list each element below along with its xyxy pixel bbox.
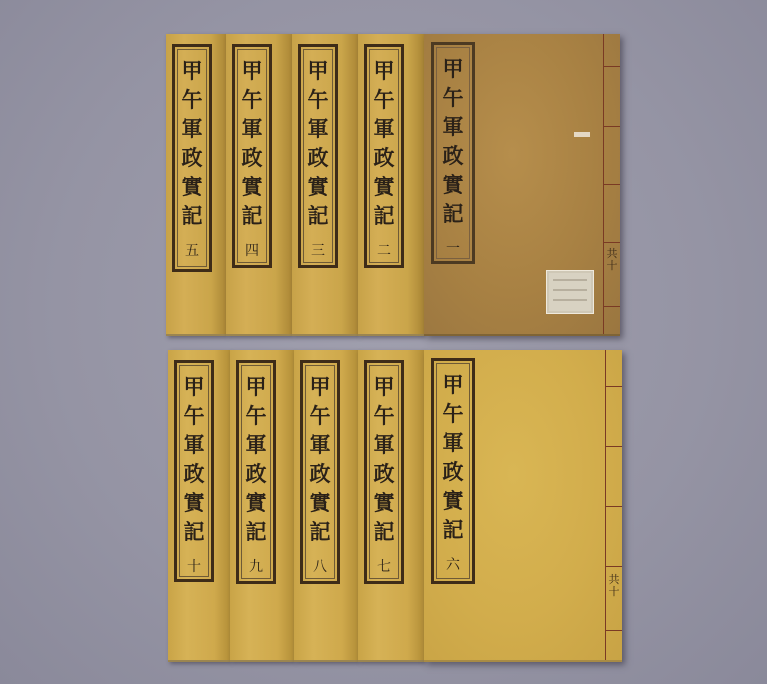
title-char: 午 <box>310 401 331 430</box>
binding-edge <box>605 350 622 660</box>
stitch <box>604 242 620 243</box>
title-slip: 甲 午 軍 政 實 記 七 <box>364 360 404 584</box>
title-char: 實 <box>374 172 395 201</box>
book-volume-8: 甲 午 軍 政 實 記 八 <box>294 350 358 662</box>
paper-label <box>546 270 594 314</box>
title-char: 甲 <box>374 56 395 85</box>
title-slip: 甲 午 軍 政 實 記 六 <box>431 358 475 584</box>
title-char: 甲 <box>443 370 464 399</box>
volume-number: 二 <box>377 240 391 260</box>
title-char: 實 <box>184 488 205 517</box>
title-char: 政 <box>374 459 395 488</box>
book-volume-6-cover: 甲 午 軍 政 實 記 六 共 十 <box>424 350 622 662</box>
title-slip: 甲 午 軍 政 實 記 十 <box>174 360 214 582</box>
title-char: 甲 <box>443 54 464 83</box>
title-slip: 甲 午 軍 政 實 記 四 <box>232 44 272 268</box>
book-volume-10: 甲 午 軍 政 實 記 十 <box>168 350 230 662</box>
title-char: 軍 <box>374 114 395 143</box>
title-slip: 甲 午 軍 政 實 記 一 <box>431 42 475 264</box>
title-char: 政 <box>310 459 331 488</box>
title-char: 記 <box>242 201 263 230</box>
volume-number: 十 <box>187 556 201 576</box>
title-char: 政 <box>184 459 205 488</box>
title-char: 甲 <box>246 372 267 401</box>
book-volume-2: 甲 午 軍 政 實 記 二 <box>358 34 424 336</box>
title-char: 記 <box>443 515 464 544</box>
title-char: 記 <box>182 201 203 230</box>
title-char: 甲 <box>374 372 395 401</box>
title-char: 午 <box>374 85 395 114</box>
title-char: 實 <box>242 172 263 201</box>
volume-number: 五 <box>185 240 199 260</box>
title-char: 軍 <box>310 430 331 459</box>
title-char: 政 <box>242 143 263 172</box>
volume-number: 八 <box>313 556 327 576</box>
title-char: 甲 <box>184 372 205 401</box>
title-slip: 甲 午 軍 政 實 記 八 <box>300 360 340 584</box>
book-volume-5: 甲 午 軍 政 實 記 五 <box>166 34 226 336</box>
volume-number: 一 <box>446 238 460 258</box>
title-char: 記 <box>310 517 331 546</box>
title-char: 軍 <box>443 112 464 141</box>
title-slip: 甲 午 軍 政 實 記 二 <box>364 44 404 268</box>
title-char: 午 <box>182 85 203 114</box>
title-char: 政 <box>246 459 267 488</box>
stitch <box>604 66 620 67</box>
book-volume-7: 甲 午 軍 政 實 記 七 <box>358 350 424 662</box>
title-char: 記 <box>374 201 395 230</box>
stitch <box>606 566 622 567</box>
title-char: 午 <box>374 401 395 430</box>
title-char: 軍 <box>374 430 395 459</box>
title-slip: 甲 午 軍 政 實 記 五 <box>172 44 212 272</box>
title-char: 午 <box>246 401 267 430</box>
title-char: 記 <box>184 517 205 546</box>
volume-number: 七 <box>377 556 391 576</box>
title-char: 午 <box>242 85 263 114</box>
stitch <box>606 630 622 631</box>
title-char: 軍 <box>443 428 464 457</box>
stitch <box>604 126 620 127</box>
title-char: 政 <box>182 143 203 172</box>
title-char: 實 <box>443 170 464 199</box>
book-volume-3: 甲 午 軍 政 實 記 三 <box>292 34 358 336</box>
title-char: 記 <box>443 199 464 228</box>
title-char: 實 <box>246 488 267 517</box>
volume-number: 九 <box>249 556 263 576</box>
title-slip: 甲 午 軍 政 實 記 九 <box>236 360 276 584</box>
volume-number: 六 <box>446 554 460 574</box>
title-char: 軍 <box>182 114 203 143</box>
stitch <box>604 184 620 185</box>
title-char: 午 <box>184 401 205 430</box>
volume-number: 三 <box>311 240 325 260</box>
title-char: 實 <box>443 486 464 515</box>
title-char: 軍 <box>308 114 329 143</box>
title-slip: 甲 午 軍 政 實 記 三 <box>298 44 338 268</box>
title-char: 甲 <box>242 56 263 85</box>
title-char: 午 <box>443 83 464 112</box>
stitch <box>604 306 620 307</box>
title-char: 記 <box>308 201 329 230</box>
book-row-top: 甲 午 軍 政 實 記 五 甲 午 軍 政 實 記 四 <box>0 34 767 336</box>
title-char: 政 <box>443 457 464 486</box>
title-char: 甲 <box>308 56 329 85</box>
title-char: 政 <box>374 143 395 172</box>
volume-count-mark: 共 十 <box>605 248 619 272</box>
volume-count-mark: 共 十 <box>607 574 621 598</box>
paper-tear <box>574 132 590 137</box>
title-char: 記 <box>374 517 395 546</box>
title-char: 實 <box>308 172 329 201</box>
book-row-bottom: 甲 午 軍 政 實 記 十 甲 午 軍 政 實 記 九 <box>0 350 767 662</box>
title-char: 實 <box>374 488 395 517</box>
stitch <box>606 386 622 387</box>
title-char: 實 <box>182 172 203 201</box>
book-volume-4: 甲 午 軍 政 實 記 四 <box>226 34 292 336</box>
volume-number: 四 <box>245 240 259 260</box>
title-char: 軍 <box>242 114 263 143</box>
book-volume-1-cover: 甲 午 軍 政 實 記 一 共 十 <box>424 34 620 336</box>
title-char: 實 <box>310 488 331 517</box>
title-char: 午 <box>308 85 329 114</box>
title-char: 軍 <box>184 430 205 459</box>
title-char: 甲 <box>310 372 331 401</box>
book-volume-9: 甲 午 軍 政 實 記 九 <box>230 350 294 662</box>
stitch <box>606 506 622 507</box>
title-char: 政 <box>443 141 464 170</box>
title-char: 政 <box>308 143 329 172</box>
title-char: 甲 <box>182 56 203 85</box>
title-char: 午 <box>443 399 464 428</box>
title-char: 軍 <box>246 430 267 459</box>
stitch <box>606 446 622 447</box>
title-char: 記 <box>246 517 267 546</box>
